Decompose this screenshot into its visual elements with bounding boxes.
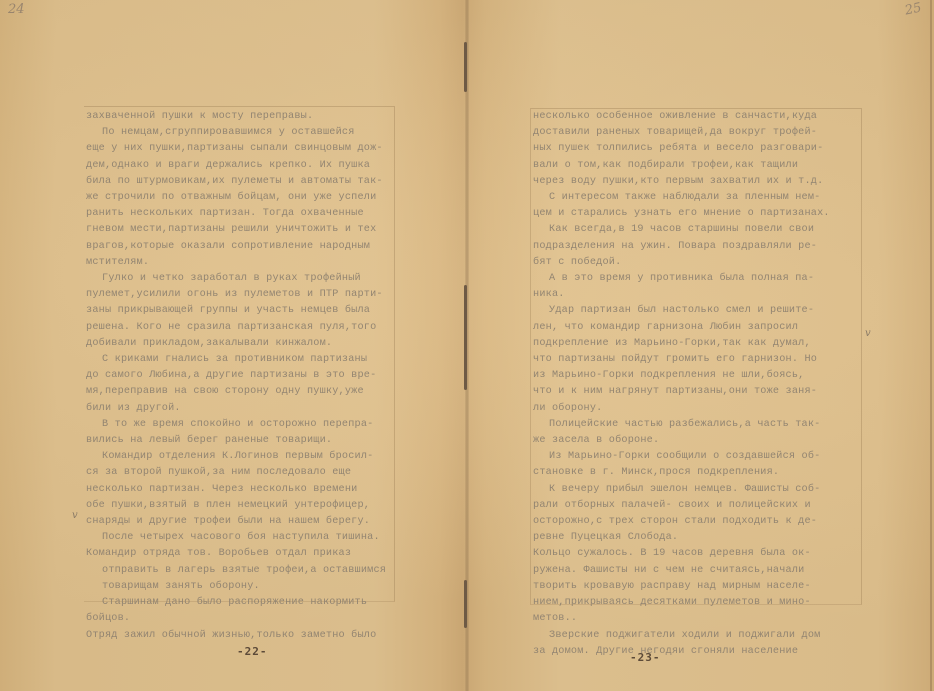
text-line: С интересом также наблюдали за пленным н… (533, 190, 830, 206)
margin-check-mark: v (72, 510, 78, 521)
text-line: били из другой. (86, 401, 386, 417)
text-line: Гулко и четко заработал в руках трофейны… (86, 271, 386, 287)
text-line: В то же время спокойно и осторожно переп… (86, 417, 386, 433)
text-line: творить кровавую расправу над мирным нас… (533, 579, 830, 595)
text-line: снаряды и другие трофеи были на нашем бе… (86, 514, 386, 530)
text-line: обе пушки,взятый в плен немецкий унтероф… (86, 498, 386, 514)
text-line: ли оборону. (533, 401, 830, 417)
right-page: 25 несколько особенное оживление в санча… (467, 0, 934, 691)
text-line: добивали прикладом,закалывали кинжалом. (86, 336, 386, 352)
text-line: ревне Пуцецкая Слобода. (533, 530, 830, 546)
document-spread: 24 захваченной пушки к мосту переправы.П… (0, 0, 934, 691)
page-edge (930, 0, 932, 691)
right-page-number: -23- (630, 651, 661, 664)
text-line: гневом мести,партизаны решили уничтожить… (86, 222, 386, 238)
text-line: дем,однако и враги держались крепко. Их … (86, 158, 386, 174)
text-line: ника. (533, 287, 830, 303)
text-line: пулемет,усилили огонь из пулеметов и ПТР… (86, 287, 386, 303)
text-line: ранить нескольких партизан. Тогда охваче… (86, 206, 386, 222)
text-line: Кольцо сужалось. В 19 часов деревня была… (533, 546, 830, 562)
text-line: бойцов. (86, 611, 386, 627)
text-line: ных пушек толпились ребята и весело разг… (533, 141, 830, 157)
right-text-block: несколько особенное оживление в санчасти… (530, 108, 862, 605)
text-line: за домом. Другие негодяи сгоняли населен… (533, 644, 830, 660)
text-line: осторожно,с трех сторон стали подходить … (533, 514, 830, 530)
text-line: била по штурмовикам,их пулеметы и автома… (86, 174, 386, 190)
text-line: заны прикрывающей группы и участь немцев… (86, 303, 386, 319)
text-line: подразделения на ужин. Повара поздравлял… (533, 239, 830, 255)
text-line: Старшинам дано было распоряжение накорми… (86, 595, 386, 611)
left-text-lines: захваченной пушки к мосту переправы.По н… (86, 109, 386, 644)
text-line: становке в г. Минск,прося подкрепления. (533, 465, 830, 481)
text-line: вились на левый берег раненые товарищи. (86, 433, 386, 449)
text-line: доставили раненых товарищей,да вокруг тр… (533, 125, 830, 141)
text-line: мя,переправив на свою сторону одну пушку… (86, 384, 386, 400)
text-line: через воду пушки,кто первым захватил их … (533, 174, 830, 190)
text-line: что и к ним нагрянут партизаны,они тоже … (533, 384, 830, 400)
text-line: метов.. (533, 611, 830, 627)
right-corner-number: 25 (904, 0, 923, 18)
text-line: По немцам,сгруппировавшимся у оставшейся (86, 125, 386, 141)
text-line: Командир отделения К.Логинов первым брос… (86, 449, 386, 465)
text-line: еще у них пушки,партизаны сыпали свинцов… (86, 141, 386, 157)
text-line: же строчили по отважным бойцам, они уже … (86, 190, 386, 206)
right-text-lines: несколько особенное оживление в санчасти… (533, 109, 830, 660)
text-line: несколько партизан. Через несколько врем… (86, 482, 386, 498)
text-line: же засела в обороне. (533, 433, 830, 449)
text-line: Отряд зажил обычной жизнью,только заметн… (86, 628, 386, 644)
text-line: захваченной пушки к мосту переправы. (86, 109, 386, 125)
text-line: вали о том,как подбирали трофеи,как тащи… (533, 158, 830, 174)
text-line: нием,прикрываясь десятками пулеметов и м… (533, 595, 830, 611)
text-line: ся за второй пушкой,за ним последовало е… (86, 465, 386, 481)
text-line: что партизаны пойдут громить его гарнизо… (533, 352, 830, 368)
text-line: К вечеру прибыл эшелон немцев. Фашисты с… (533, 482, 830, 498)
text-line: цем и старались узнать его мнение о парт… (533, 206, 830, 222)
text-line: отправить в лагерь взятые трофеи,а остав… (86, 563, 386, 579)
text-line: С криками гнались за противником партиза… (86, 352, 386, 368)
text-line: подкрепление из Марьино-Горки,так как ду… (533, 336, 830, 352)
text-line: Зверские поджигатели ходили и поджигали … (533, 628, 830, 644)
text-line: товарищам занять оборону. (86, 579, 386, 595)
text-line: Полицейские частью разбежались,а часть т… (533, 417, 830, 433)
text-line: Удар партизан был настолько смел и решит… (533, 303, 830, 319)
text-line: из Марьино-Горки подкрепления не шли,боя… (533, 368, 830, 384)
left-corner-number: 24 (8, 2, 25, 17)
text-line: рали отборных палачей- своих и полицейск… (533, 498, 830, 514)
margin-check-mark: v (865, 328, 871, 339)
left-page-number: -22- (237, 645, 268, 658)
text-line: до самого Любина,а другие партизаны в эт… (86, 368, 386, 384)
text-line: мстителям. (86, 255, 386, 271)
text-line: Как всегда,в 19 часов старшины повели св… (533, 222, 830, 238)
left-page: 24 захваченной пушки к мосту переправы.П… (0, 0, 467, 691)
text-line: решена. Кого не сразила партизанская пул… (86, 320, 386, 336)
text-line: Из Марьино-Горки сообщили о создавшейся … (533, 449, 830, 465)
text-line: бят с победой. (533, 255, 830, 271)
text-line: врагов,которые оказали сопротивление нар… (86, 239, 386, 255)
text-line: лен, что командир гарнизона Любин запрос… (533, 320, 830, 336)
text-line: А в это время у противника была полная п… (533, 271, 830, 287)
text-line: ружена. Фашисты ни с чем не считаясь,нач… (533, 563, 830, 579)
text-line: Командир отряда тов. Воробьев отдал прик… (86, 546, 386, 562)
text-line: несколько особенное оживление в санчасти… (533, 109, 830, 125)
text-line: После четырех часового боя наступила тиш… (86, 530, 386, 546)
left-text-block: захваченной пушки к мосту переправы.По н… (84, 106, 395, 602)
